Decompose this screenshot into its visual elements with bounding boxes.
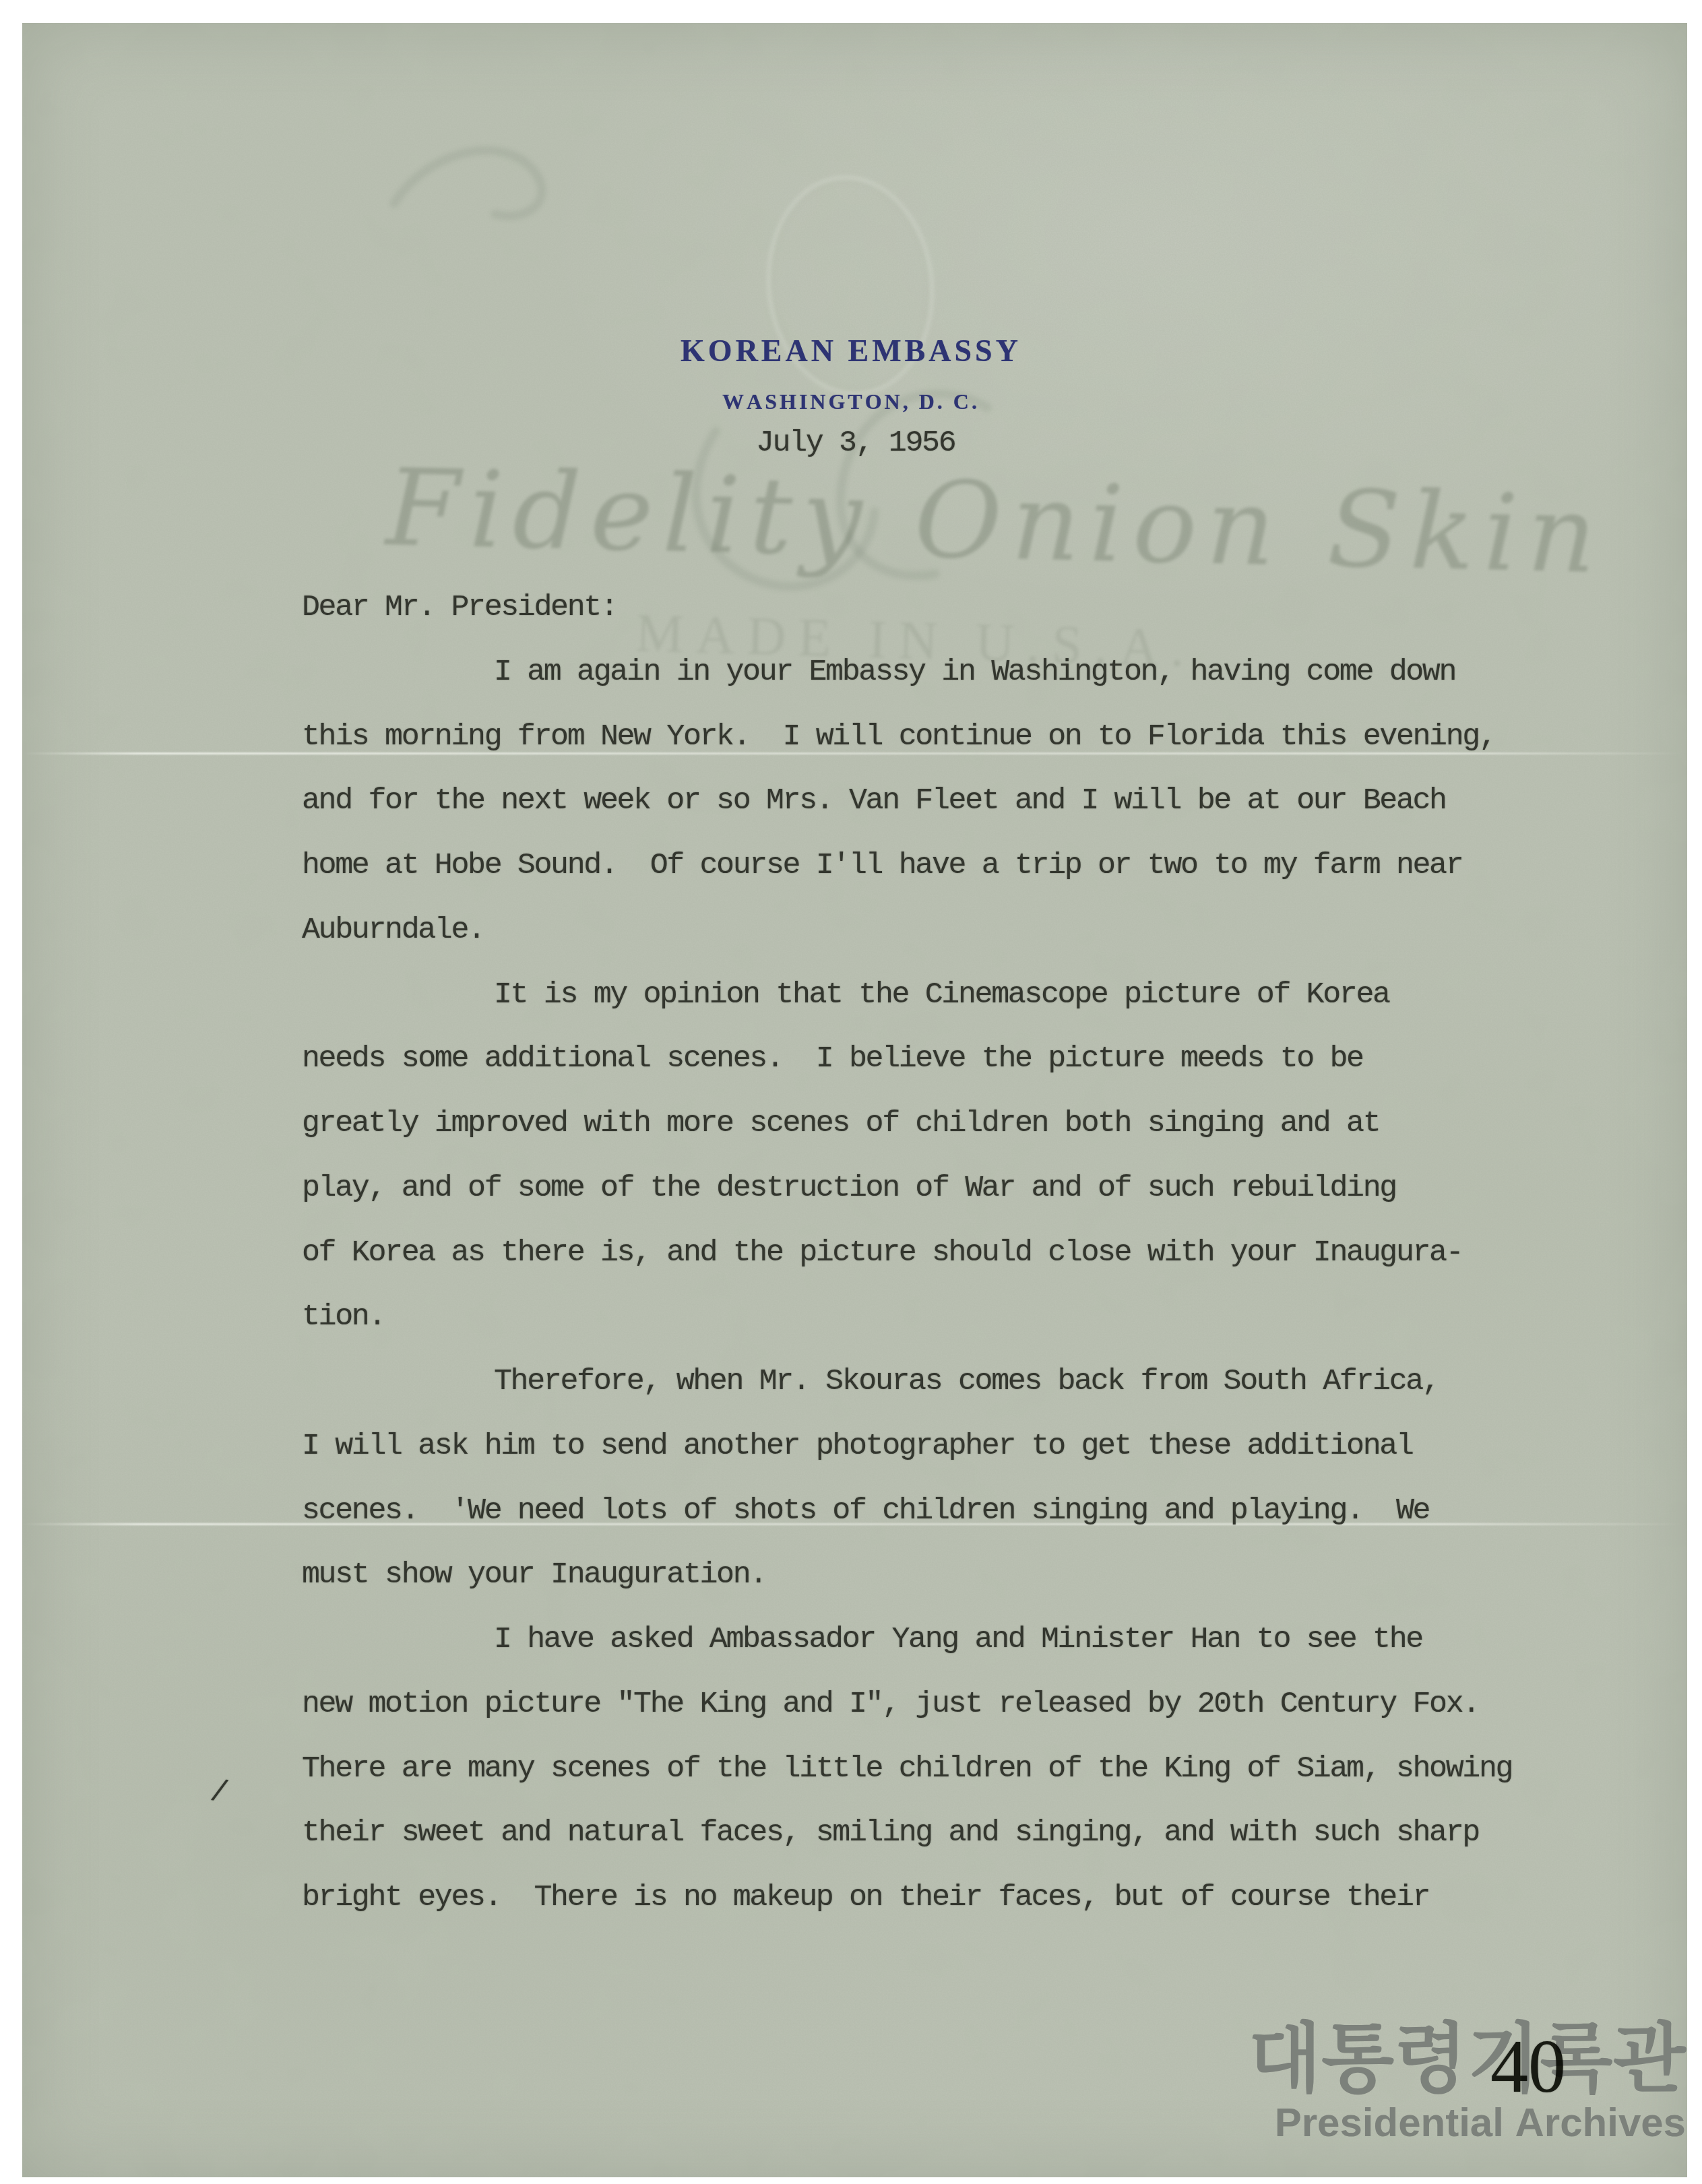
letter-line: their sweet and natural faces, smiling a… <box>302 1801 1512 1865</box>
letter-line: tion. <box>302 1285 1512 1349</box>
letter-line: bright eyes. There is no makeup on their… <box>302 1865 1512 1930</box>
letter-line: It is my opinion that the Cinemascope pi… <box>302 963 1512 1027</box>
letterhead-organization: KOREAN EMBASSY <box>0 335 1702 366</box>
letter-line: greatly improved with more scenes of chi… <box>302 1091 1512 1156</box>
letter-line: and for the next week or so Mrs. Van Fle… <box>302 769 1512 833</box>
letter-line: I will ask him to send another photograp… <box>302 1414 1512 1479</box>
letter-line: must show your Inauguration. <box>302 1543 1512 1607</box>
letter-line: home at Hobe Sound. Of course I'll have … <box>302 833 1512 898</box>
letter-line: There are many scenes of the little chil… <box>302 1737 1512 1801</box>
letter-line: Therefore, when Mr. Skouras comes back f… <box>302 1349 1512 1414</box>
letter-line: new motion picture "The King and I", jus… <box>302 1672 1512 1737</box>
letter-line: I have asked Ambassador Yang and Ministe… <box>302 1607 1512 1672</box>
archive-watermark-korean: 대통령기록관 <box>1249 2021 1686 2098</box>
letter-line: scenes. 'We need lots of shots of childr… <box>302 1479 1512 1543</box>
letter-line: play, and of some of the destruction of … <box>302 1156 1512 1221</box>
letter-body: Dear Mr. President:I am again in your Em… <box>302 575 1512 1930</box>
page-number: 40 <box>1490 2029 1566 2105</box>
letter-line: needs some additional scenes. I believe … <box>302 1027 1512 1091</box>
letter-line: this morning from New York. I will conti… <box>302 705 1512 769</box>
document-scan: Fidelity Onion Skin MADE IN U.S.A. KOREA… <box>0 0 1702 2184</box>
archive-watermark-english: Presidential Archives <box>1249 2102 1686 2144</box>
letter-line: Dear Mr. President: <box>302 575 1512 640</box>
archive-watermark: 대통령기록관 Presidential Archives <box>1249 2021 1686 2144</box>
date-line: July 3, 1956 <box>756 423 955 463</box>
letter-line: I am again in your Embassy in Washington… <box>302 640 1512 705</box>
letter-line: Auburndale. <box>302 898 1512 963</box>
letter-line: of Korea as there is, and the picture sh… <box>302 1221 1512 1285</box>
letterhead-location: WASHINGTON, D. C. <box>0 391 1702 412</box>
